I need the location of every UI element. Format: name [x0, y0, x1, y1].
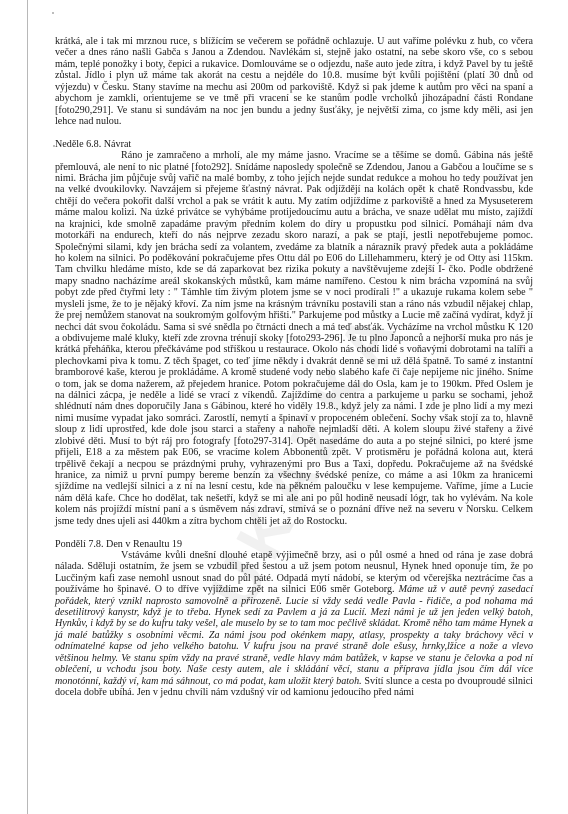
section-heading: Neděle 6.8. Návrat	[55, 139, 533, 150]
scan-speck	[52, 12, 54, 14]
section-body: Vstáváme kvůli dnešní dlouhé etapě výjim…	[55, 550, 533, 698]
document-page: krátká, ale i tak mi mrznou ruce, s blíž…	[55, 36, 533, 698]
section-body: Ráno je zamračeno a mrholí, ale my máme …	[55, 150, 533, 527]
section-heading: Pondělí 7.8. Den v Renaultu 19	[55, 539, 533, 550]
page-edge-line	[27, 0, 28, 814]
body-italic-text: Máme už v autě pevný zasedací pořádek, k…	[55, 584, 533, 686]
continuation-paragraph: krátká, ale i tak mi mrznou ruce, s blíž…	[55, 36, 533, 127]
